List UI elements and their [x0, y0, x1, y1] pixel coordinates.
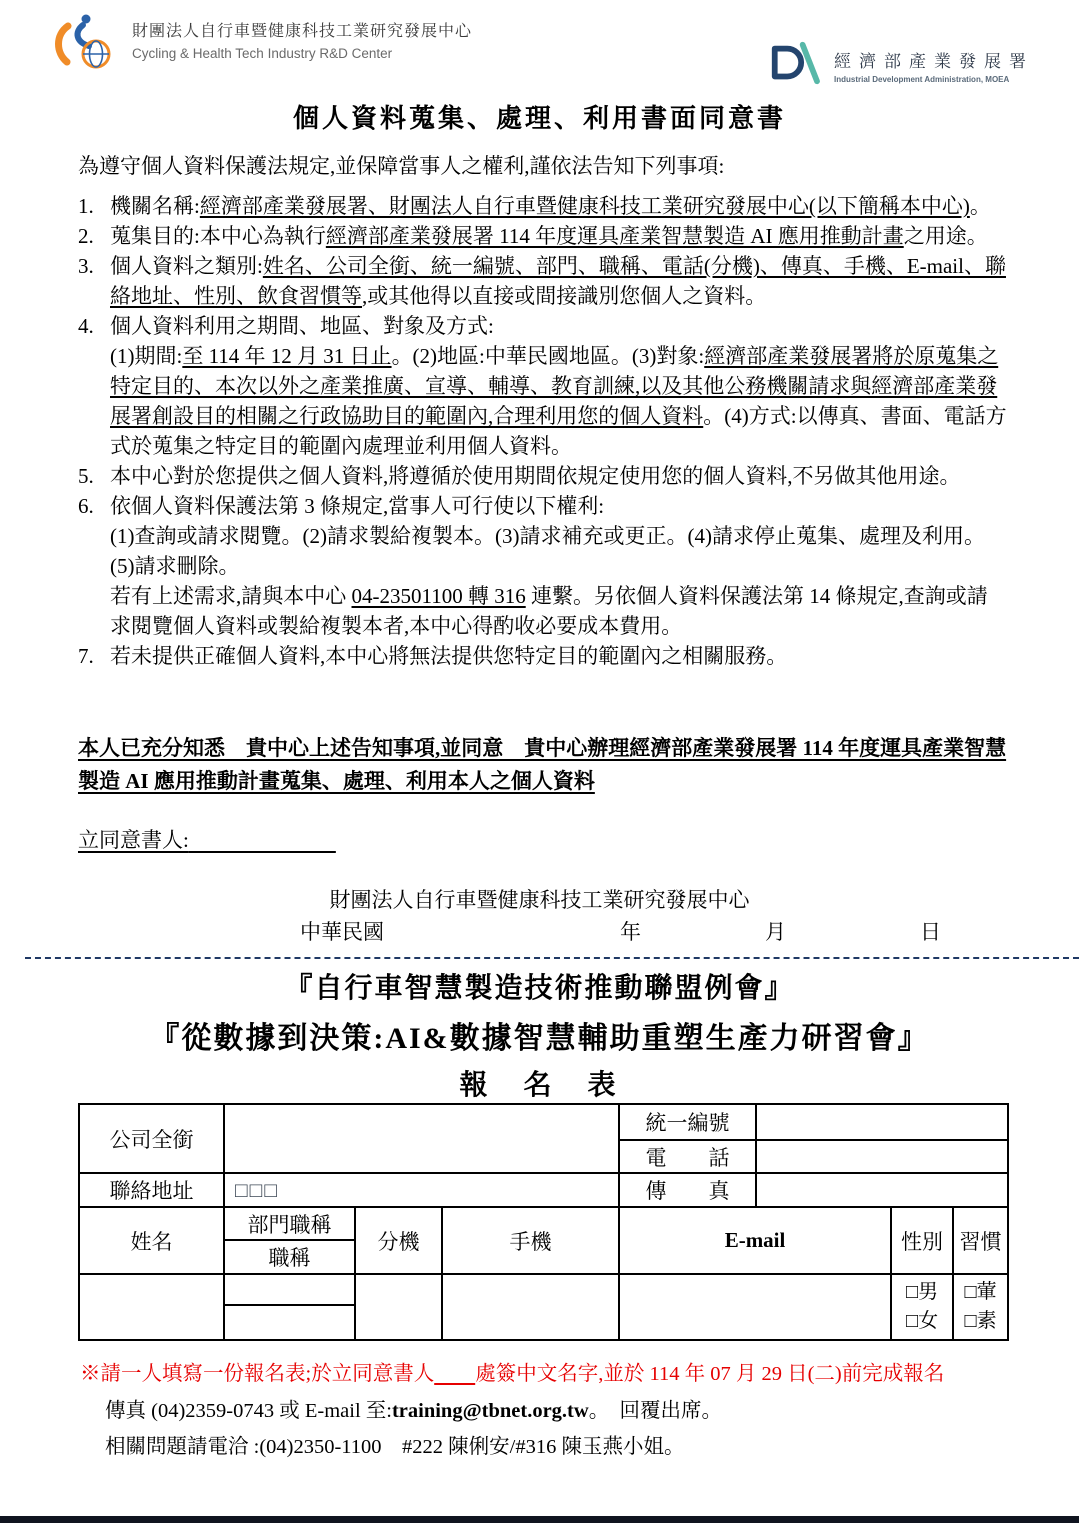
deadline-note: ※請一人填寫一份報名表;於立同意書人 處簽中文名字,並於 114 年 07 月 … — [80, 1356, 1075, 1386]
cyclist-center-logo: 財團法人自行車暨健康科技工業研究發展中心 Cycling & Health Te… — [52, 10, 472, 75]
registration-table: 公司全銜 統一編號 電 話 聯絡地址 □□□ 傳 真 姓名 部門職稱 分機 手機… — [78, 1103, 1009, 1341]
intro-paragraph: 為遵守個人資料保護法規定,並保障當事人之權利,謹依法告知下列事項: — [78, 150, 1013, 180]
tax-id-label: 統一編號 — [619, 1104, 756, 1140]
list-item: 3. 個人資料之類別:姓名、公司全銜、統一編號、部門、職稱、電話(分機)、傳真、… — [78, 251, 1007, 311]
list-item: 1. 機關名稱:經濟部產業發展署、財團法人自行車暨健康科技工業研究發展中心(以下… — [78, 191, 1007, 221]
postal-code-boxes: □□□ — [224, 1173, 619, 1207]
diet-checkboxes: □葷 □素 — [953, 1274, 1008, 1340]
signature-blank — [189, 828, 336, 852]
list-item: 5. 本中心對於您提供之個人資料,將遵循於使用期間依規定使用您的個人資料,不另做… — [78, 461, 1007, 491]
event-title-alliance: 『自行車智慧製造技術推動聯盟例會』 — [0, 966, 1079, 1006]
list-item: 2. 蒐集目的:本中心為執行經濟部產業發展署 114 年度運具產業智慧製造 AI… — [78, 221, 1007, 251]
diet-label: 習慣 — [953, 1207, 1008, 1274]
org-name-line: 財團法人自行車暨健康科技工業研究發展中心 — [0, 884, 1079, 914]
notice-list: 1. 機關名稱:經濟部產業發展署、財團法人自行車暨健康科技工業研究發展中心(以下… — [78, 191, 1007, 671]
dashed-separator — [25, 957, 1079, 959]
veg-checkbox-option: □素 — [954, 1307, 1007, 1336]
list-item: 6. 依個人資料保護法第 3 條規定,當事人可行使以下權利:(1)查詢或請求閱覽… — [78, 491, 1007, 641]
date-month: 月 — [765, 916, 786, 946]
list-item: 4. 個人資料利用之期間、地區、對象及方式:(1)期間:至 114 年 12 月… — [78, 311, 1007, 461]
date-day: 日 — [920, 916, 941, 946]
female-checkbox-option: □女 — [892, 1307, 952, 1336]
job-title-label: 職稱 — [224, 1240, 355, 1274]
gender-label: 性別 — [891, 1207, 953, 1274]
signer-line: 立同意書人: — [78, 824, 336, 854]
page-title: 個人資料蒐集、處理、利用書面同意書 — [0, 98, 1079, 135]
moea-name-zh: 經濟部產業發展署 — [834, 47, 1034, 72]
event-title-workshop: 『從數據到決策:AI&數據智慧輔助重塑生產力研習會』 — [0, 1013, 1079, 1057]
center-name-zh: 財團法人自行車暨健康科技工業研究發展中心 — [132, 18, 472, 41]
consent-form-page: 財團法人自行車暨健康科技工業研究發展中心 Cycling & Health Te… — [0, 0, 1079, 1524]
company-label: 公司全銜 — [79, 1104, 224, 1173]
mobile-label: 手機 — [442, 1207, 619, 1274]
address-label: 聯絡地址 — [79, 1173, 224, 1207]
phone-label: 電 話 — [619, 1140, 756, 1173]
fax-email-note: 傳真 (04)2359-0743 或 E-mail 至:training@tbn… — [105, 1393, 1065, 1423]
extension-input-cell — [355, 1274, 442, 1340]
date-year: 年 — [620, 916, 641, 946]
moea-d-slash-icon — [762, 38, 824, 93]
moea-name-en: Industrial Development Administration, M… — [834, 75, 1034, 84]
date-era: 中華民國 — [300, 916, 384, 946]
male-checkbox-option: □男 — [892, 1278, 952, 1307]
gender-checkboxes: □男 □女 — [891, 1274, 953, 1340]
moea-logo: 經濟部產業發展署 Industrial Development Administ… — [762, 38, 1034, 93]
meat-checkbox-option: □葷 — [954, 1278, 1007, 1307]
phone-input-cell — [756, 1140, 1008, 1173]
contact-note: 相關問題請電洽 :(04)2350-1100 #222 陳俐安/#316 陳玉燕… — [105, 1429, 1065, 1459]
mobile-input-cell — [442, 1274, 619, 1340]
footer-bar — [0, 1516, 1079, 1523]
job-title-input-cell — [224, 1305, 355, 1340]
registration-form-title: 報 名 表 — [0, 1063, 1079, 1103]
name-input-cell — [79, 1274, 224, 1340]
consent-statement: 本人已充分知悉 貴中心上述告知事項,並同意 貴中心辦理經濟部產業發展署 114 … — [78, 732, 1009, 798]
extension-label: 分機 — [355, 1207, 442, 1274]
fax-label: 傳 真 — [619, 1173, 756, 1207]
tax-id-input-cell — [756, 1104, 1008, 1140]
email-label: E-mail — [619, 1207, 891, 1274]
name-label: 姓名 — [79, 1207, 224, 1274]
list-item: 7. 若未提供正確個人資料,本中心將無法提供您特定目的範圍內之相關服務。 — [78, 641, 1007, 671]
fax-input-cell — [756, 1173, 1008, 1207]
company-input-cell — [224, 1104, 619, 1173]
roc-date-line: 中華民國 年 月 日 — [300, 916, 960, 946]
center-name-en: Cycling & Health Tech Industry R&D Cente… — [132, 46, 472, 61]
cyclist-globe-icon — [52, 10, 124, 75]
dept-title-label: 部門職稱 — [224, 1207, 355, 1240]
dept-input-cell — [224, 1274, 355, 1305]
email-input-cell — [619, 1274, 891, 1340]
